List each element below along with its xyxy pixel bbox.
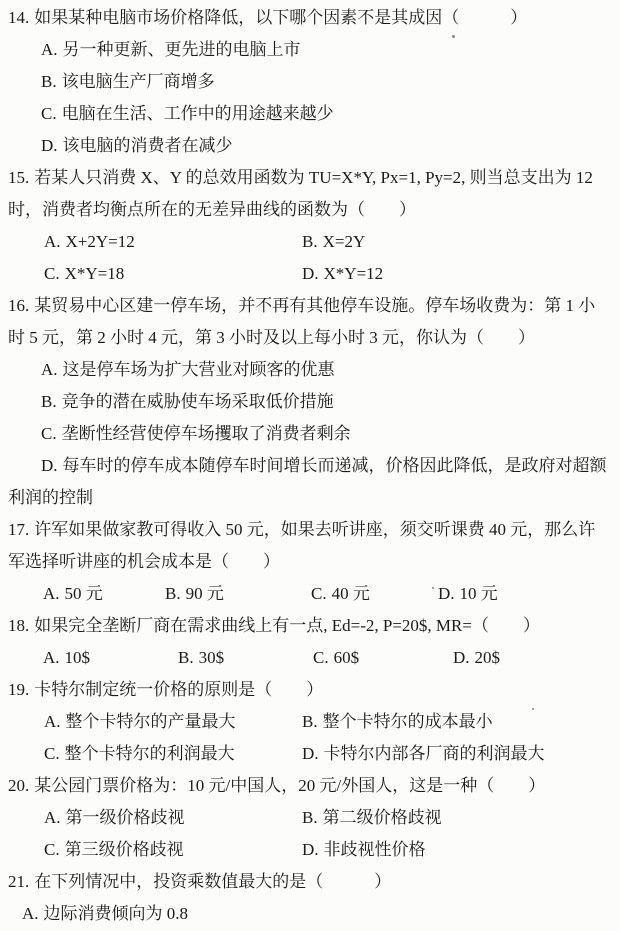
option-b: B.该电脑生产厂商增多 (41, 66, 612, 98)
question-text: 卡特尔制定统一价格的原则是（ ） (34, 680, 323, 699)
question-block-16: 16.某贸易中心区建一停车场，并不再有其他停车设施。停车场收费为：第 1 小时 … (8, 290, 612, 514)
question-line: 21.在下列情况中，投资乘数值最大的是（ ） (8, 866, 612, 898)
question-text: 许军如果做家教可得收入 50 元，如果去听讲座，须交听课费 40 元，那么许军选… (8, 520, 595, 571)
options-list: A.10$ B.30$ C.60$ D.20$ (43, 642, 612, 674)
options-list: A.另一种更新、更先进的电脑上市 B.该电脑生产厂商增多 C.电脑在生活、工作中… (8, 34, 612, 162)
question-block-17: 17.许军如果做家教可得收入 50 元，如果去听讲座，须交听课费 40 元，那么… (8, 514, 612, 610)
option-a: A.边际消费倾向为 0.8 (22, 898, 612, 930)
question-number: 21. (8, 872, 29, 891)
question-text: 在下列情况中，投资乘数值最大的是（ ） (34, 872, 391, 891)
question-text: 如果某种电脑市场价格降低，以下哪个因素不是其成因（ ） (34, 8, 527, 27)
option-text: 该电脑生产厂商增多 (62, 72, 215, 91)
option-label: C. (44, 264, 60, 283)
option-text: 非歧视性价格 (324, 840, 426, 859)
question-number: 17. (8, 520, 29, 539)
option-text: 每车时的停车成本随停车时间增长而递减，价格因此降低，是政府对超额利润的控制 (8, 456, 607, 507)
scan-speck (532, 708, 534, 710)
option-label: C. (313, 648, 329, 667)
option-label: A. (44, 712, 61, 731)
option-text: 卡特尔内部各厂商的利润最大 (324, 744, 545, 763)
option-c: C.X*Y=18 (44, 258, 302, 290)
question-text: 某贸易中心区建一停车场，并不再有其他停车设施。停车场收费为：第 1 小时 5 元… (8, 296, 595, 347)
option-text: 第三级价格歧视 (65, 840, 184, 859)
option-text: 10 元 (460, 584, 498, 603)
option-label: A. (44, 808, 61, 827)
option-label: A. (22, 904, 39, 923)
option-text: 第二级价格歧视 (323, 808, 442, 827)
option-label: C. (41, 424, 57, 443)
question-block-18: 18.如果完全垄断厂商在需求曲线上有一点, Ed=-2, P=20$, MR=（… (8, 610, 612, 674)
option-text: 这是停车场为扩大营业对顾客的优惠 (63, 360, 335, 379)
option-label: C. (41, 104, 57, 123)
option-label: A. (41, 40, 58, 59)
option-label: D. (453, 648, 470, 667)
option-b: B.整个卡特尔的成本最小 (302, 706, 612, 738)
option-text: 10$ (65, 648, 91, 667)
option-label: B. (178, 648, 194, 667)
option-a: A.50 元 (43, 578, 165, 610)
scan-speck (452, 35, 455, 38)
option-label: D. (41, 456, 58, 475)
option-label: A. (41, 360, 58, 379)
option-text: 另一种更新、更先进的电脑上市 (63, 40, 301, 59)
options-list: A.边际消费倾向为 0.8 (8, 898, 612, 930)
question-line: 17.许军如果做家教可得收入 50 元，如果去听讲座，须交听课费 40 元，那么… (8, 514, 612, 578)
option-text: 20$ (475, 648, 501, 667)
option-b: B.30$ (178, 642, 313, 674)
option-c: C.整个卡特尔的利润最大 (44, 738, 302, 770)
options-list: A.50 元 B.90 元 C.40 元 D.10 元 (43, 578, 612, 610)
scanned-exam-page: 14.如果某种电脑市场价格降低，以下哪个因素不是其成因（ ） A.另一种更新、更… (0, 0, 620, 931)
option-text: 垄断性经营使停车场攫取了消费者剩余 (62, 424, 351, 443)
option-text: 该电脑的消费者在减少 (63, 136, 233, 155)
option-text: 40 元 (332, 584, 370, 603)
question-block-14: 14.如果某种电脑市场价格降低，以下哪个因素不是其成因（ ） A.另一种更新、更… (8, 2, 612, 162)
option-text: 整个卡特尔的成本最小 (323, 712, 493, 731)
options-list: A.整个卡特尔的产量最大 B.整个卡特尔的成本最小 C.整个卡特尔的利润最大 D… (44, 706, 612, 770)
option-d: D.20$ (453, 642, 612, 674)
option-text: 电脑在生活、工作中的用途越来越少 (62, 104, 334, 123)
question-line: 18.如果完全垄断厂商在需求曲线上有一点, Ed=-2, P=20$, MR=（… (8, 610, 612, 642)
option-label: B. (41, 392, 57, 411)
option-d: D.10 元 (438, 578, 612, 610)
option-c: C.电脑在生活、工作中的用途越来越少 (41, 98, 612, 130)
option-a: A.10$ (43, 642, 178, 674)
option-a: A.整个卡特尔的产量最大 (44, 706, 302, 738)
option-b: B.90 元 (165, 578, 311, 610)
option-a: A.另一种更新、更先进的电脑上市 (41, 34, 612, 66)
option-label: A. (43, 648, 60, 667)
option-text: X*Y=18 (65, 264, 125, 283)
option-label: B. (302, 712, 318, 731)
question-line: 19.卡特尔制定统一价格的原则是（ ） (8, 674, 612, 706)
question-line: 16.某贸易中心区建一停车场，并不再有其他停车设施。停车场收费为：第 1 小时 … (8, 290, 612, 354)
option-a: A.这是停车场为扩大营业对顾客的优惠 (41, 354, 612, 386)
question-number: 19. (8, 680, 29, 699)
option-c: C.40 元 (311, 578, 438, 610)
option-text: 第一级价格歧视 (66, 808, 185, 827)
option-text: X*Y=12 (324, 264, 384, 283)
question-block-15: 15.若某人只消费 X、Y 的总效用函数为 TU=X*Y, Px=1, Py=2… (8, 162, 612, 290)
option-b: B.竞争的潜在威胁使车场采取低价措施 (41, 386, 612, 418)
option-d: D.每车时的停车成本随停车时间增长而递减，价格因此降低，是政府对超额利润的控制 (8, 450, 612, 514)
option-c: C.第三级价格歧视 (44, 834, 302, 866)
option-label: B. (302, 232, 318, 251)
question-number: 15. (8, 168, 29, 187)
option-label: C. (311, 584, 327, 603)
question-line: 14.如果某种电脑市场价格降低，以下哪个因素不是其成因（ ） (8, 2, 612, 34)
options-list: A.第一级价格歧视 B.第二级价格歧视 C.第三级价格歧视 D.非歧视性价格 (44, 802, 612, 866)
option-text: 60$ (334, 648, 360, 667)
option-label: B. (165, 584, 181, 603)
option-c: C.60$ (313, 642, 453, 674)
option-text: 30$ (199, 648, 225, 667)
option-d: D.卡特尔内部各厂商的利润最大 (302, 738, 612, 770)
option-label: B. (302, 808, 318, 827)
option-b: B.X=2Y (302, 226, 612, 258)
option-text: 竞争的潜在威胁使车场采取低价措施 (62, 392, 334, 411)
option-a: A.第一级价格歧视 (44, 802, 302, 834)
option-label: D. (302, 264, 319, 283)
question-block-21: 21.在下列情况中，投资乘数值最大的是（ ） A.边际消费倾向为 0.8 (8, 866, 612, 930)
option-label: C. (44, 840, 60, 859)
option-text: 50 元 (65, 584, 103, 603)
options-list: A.X+2Y=12 B.X=2Y C.X*Y=18 D.X*Y=12 (44, 226, 612, 290)
option-d: D.非歧视性价格 (302, 834, 612, 866)
option-label: D. (302, 744, 319, 763)
option-label: B. (41, 72, 57, 91)
scan-speck (432, 587, 434, 589)
question-text: 如果完全垄断厂商在需求曲线上有一点, Ed=-2, P=20$, MR=（ ） (34, 616, 540, 635)
question-number: 20. (8, 776, 29, 795)
option-label: D. (41, 136, 58, 155)
question-text: 若某人只消费 X、Y 的总效用函数为 TU=X*Y, Px=1, Py=2, 则… (8, 168, 593, 219)
option-label: D. (302, 840, 319, 859)
options-list: A.这是停车场为扩大营业对顾客的优惠 B.竞争的潜在威胁使车场采取低价措施 C.… (8, 354, 612, 514)
option-text: 90 元 (186, 584, 224, 603)
question-block-19: 19.卡特尔制定统一价格的原则是（ ） A.整个卡特尔的产量最大 B.整个卡特尔… (8, 674, 612, 770)
option-label: A. (44, 232, 61, 251)
option-d: D.X*Y=12 (302, 258, 612, 290)
question-block-20: 20.某公园门票价格为：10 元/中国人，20 元/外国人，这是一种（ ） A.… (8, 770, 612, 866)
option-text: X+2Y=12 (66, 232, 135, 251)
option-text: 整个卡特尔的产量最大 (66, 712, 236, 731)
option-label: D. (438, 584, 455, 603)
question-line: 15.若某人只消费 X、Y 的总效用函数为 TU=X*Y, Px=1, Py=2… (8, 162, 612, 226)
option-c: C.垄断性经营使停车场攫取了消费者剩余 (41, 418, 612, 450)
option-a: A.X+2Y=12 (44, 226, 302, 258)
option-text: 边际消费倾向为 0.8 (44, 904, 189, 923)
question-number: 18. (8, 616, 29, 635)
option-text: X=2Y (323, 232, 366, 251)
question-number: 14. (8, 8, 29, 27)
option-label: C. (44, 744, 60, 763)
option-b: B.第二级价格歧视 (302, 802, 612, 834)
option-label: A. (43, 584, 60, 603)
option-text: 整个卡特尔的利润最大 (65, 744, 235, 763)
option-d: D.该电脑的消费者在减少 (41, 130, 612, 162)
question-text: 某公园门票价格为：10 元/中国人，20 元/外国人，这是一种（ ） (34, 776, 545, 795)
question-line: 20.某公园门票价格为：10 元/中国人，20 元/外国人，这是一种（ ） (8, 770, 612, 802)
question-number: 16. (8, 296, 29, 315)
